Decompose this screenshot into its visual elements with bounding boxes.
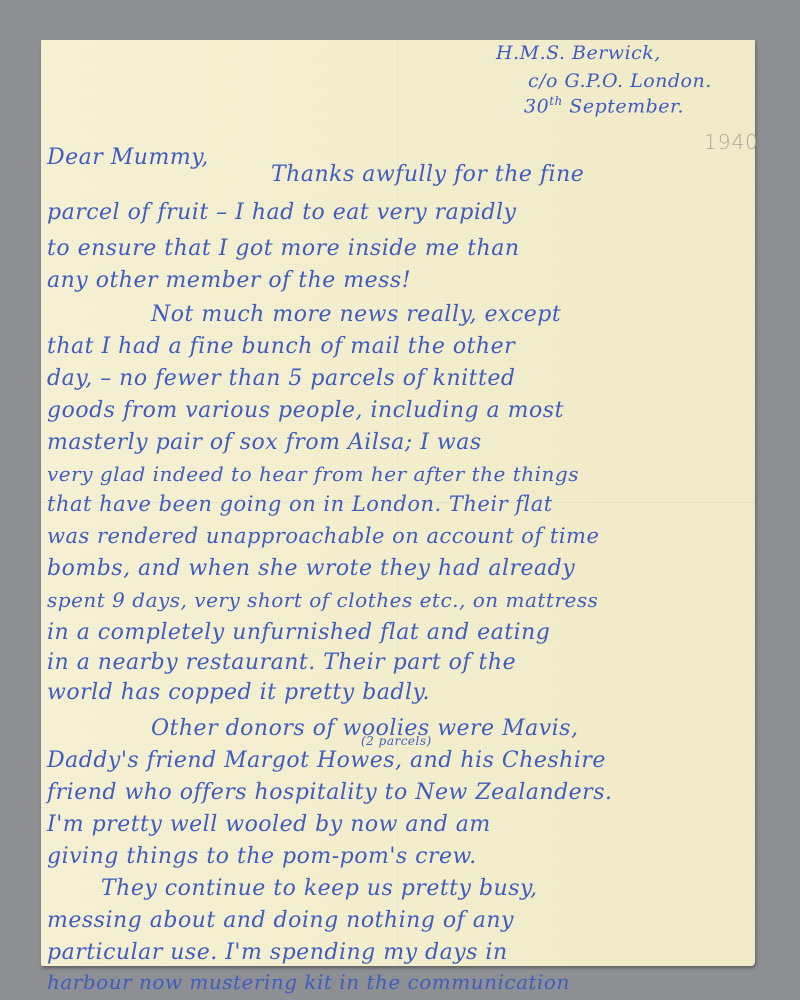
letter-line: parcel of fruit – I had to eat very rapi… bbox=[47, 200, 516, 225]
letter-line: in a nearby restaurant. Their part of th… bbox=[47, 650, 516, 675]
letter-line: They continue to keep us pretty busy, bbox=[101, 876, 538, 901]
letter-line: that have been going on in London. Their… bbox=[47, 492, 553, 516]
address-line-gpo: c/o G.P.O. London. bbox=[528, 70, 712, 92]
date-day: 30 bbox=[524, 95, 549, 117]
salutation: Dear Mummy, bbox=[47, 145, 209, 170]
letter-line: very glad indeed to hear from her after … bbox=[47, 462, 579, 486]
pencil-year-annotation: 1940 bbox=[704, 130, 759, 154]
letter-line: bombs, and when she wrote they had alrea… bbox=[47, 556, 575, 581]
letter-line: harbour now mustering kit in the communi… bbox=[47, 970, 570, 994]
date-suffix: th bbox=[549, 94, 563, 108]
date-month: September. bbox=[569, 95, 684, 117]
letter-line: to ensure that I got more inside me than bbox=[47, 236, 520, 261]
letter-line: spent 9 days, very short of clothes etc.… bbox=[47, 588, 598, 612]
letter-line: messing about and doing nothing of any bbox=[47, 908, 514, 933]
letter-line: goods from various people, including a m… bbox=[47, 398, 564, 423]
letter-line: masterly pair of sox from Ailsa; I was bbox=[47, 430, 482, 455]
letter-line: Not much more news really, except bbox=[151, 302, 561, 327]
letter-line: giving things to the pom-pom's crew. bbox=[47, 844, 477, 869]
letter-line: day, – no fewer than 5 parcels of knitte… bbox=[47, 366, 515, 391]
letter-line: any other member of the mess! bbox=[47, 268, 411, 293]
address-line-ship: H.M.S. Berwick, bbox=[496, 42, 661, 64]
letter-line: Daddy's friend Margot Howes, and his Che… bbox=[47, 748, 606, 773]
address-line-date: 30th September. bbox=[524, 94, 684, 117]
letter-line: was rendered unapproachable on account o… bbox=[47, 524, 599, 548]
letter-line: I'm pretty well wooled by now and am bbox=[47, 812, 491, 837]
letter-paper: H.M.S. Berwick, c/o G.P.O. London. 30th … bbox=[41, 40, 755, 966]
letter-line: world has copped it pretty badly. bbox=[47, 680, 430, 705]
letter-line: particular use. I'm spending my days in bbox=[47, 940, 508, 965]
letter-line: in a completely unfurnished flat and eat… bbox=[47, 620, 550, 645]
interlinear-note: (2 parcels) bbox=[361, 734, 432, 748]
letter-line: Thanks awfully for the fine bbox=[271, 162, 584, 187]
letter-line: that I had a fine bunch of mail the othe… bbox=[47, 334, 515, 359]
letter-line: friend who offers hospitality to New Zea… bbox=[47, 780, 612, 805]
